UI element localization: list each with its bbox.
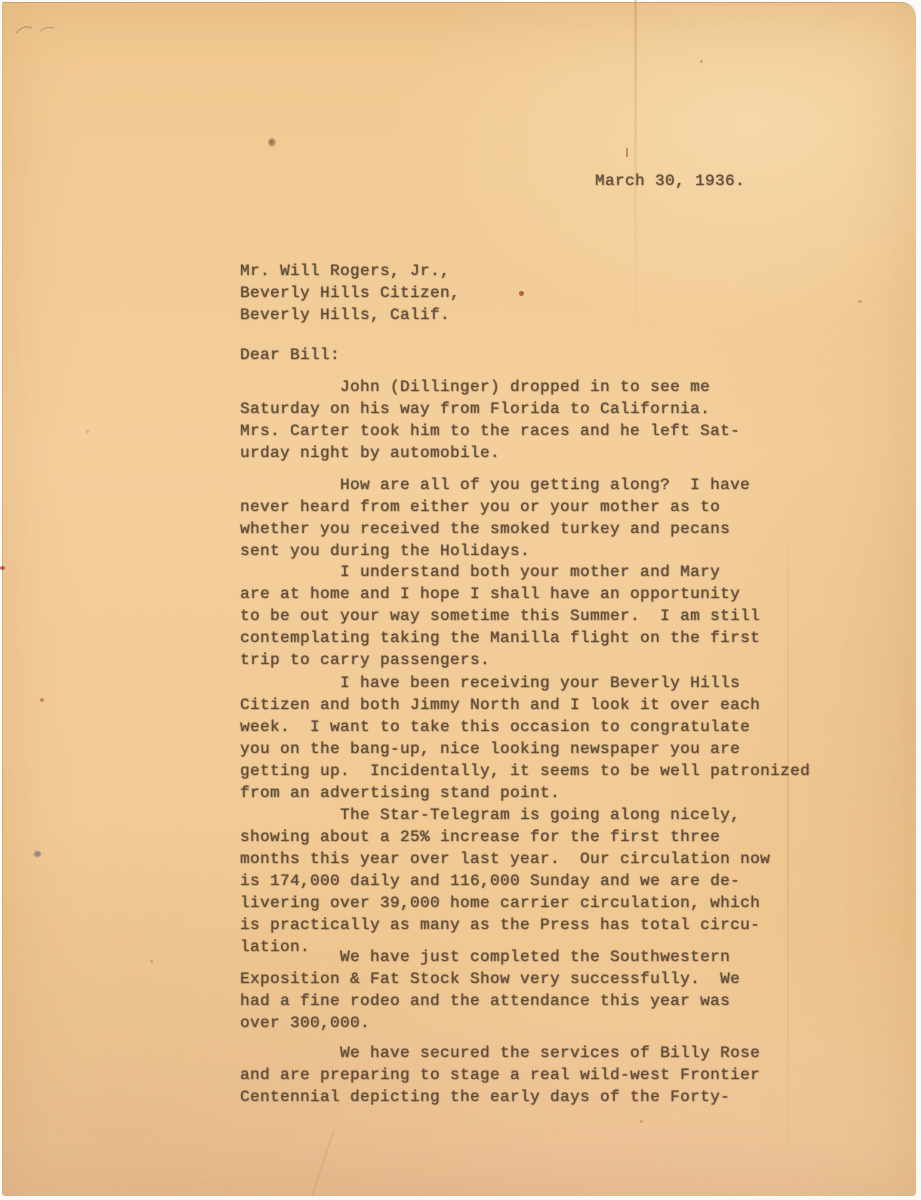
salutation: Dear Bill: xyxy=(240,344,340,366)
paragraph-4: I have been receiving your Beverly Hills… xyxy=(240,672,810,804)
recipient-address: Mr. Will Rogers, Jr., Beverly Hills Citi… xyxy=(240,260,460,326)
paragraph-3: I understand both your mother and Mary a… xyxy=(240,561,760,671)
paragraph-1: John (Dillinger) dropped in to see me Sa… xyxy=(240,376,740,464)
paragraph-2: How are all of you getting along? I have… xyxy=(240,474,750,562)
paragraph-7: We have secured the services of Billy Ro… xyxy=(240,1042,760,1108)
paragraph-5: The Star-Telegram is going along nicely,… xyxy=(240,804,770,958)
scan-canvas: March 30, 1936. Mr. Will Rogers, Jr., Be… xyxy=(0,0,921,1200)
paragraph-6: We have just completed the Southwestern … xyxy=(240,946,740,1034)
letter-date: March 30, 1936. xyxy=(595,170,745,192)
